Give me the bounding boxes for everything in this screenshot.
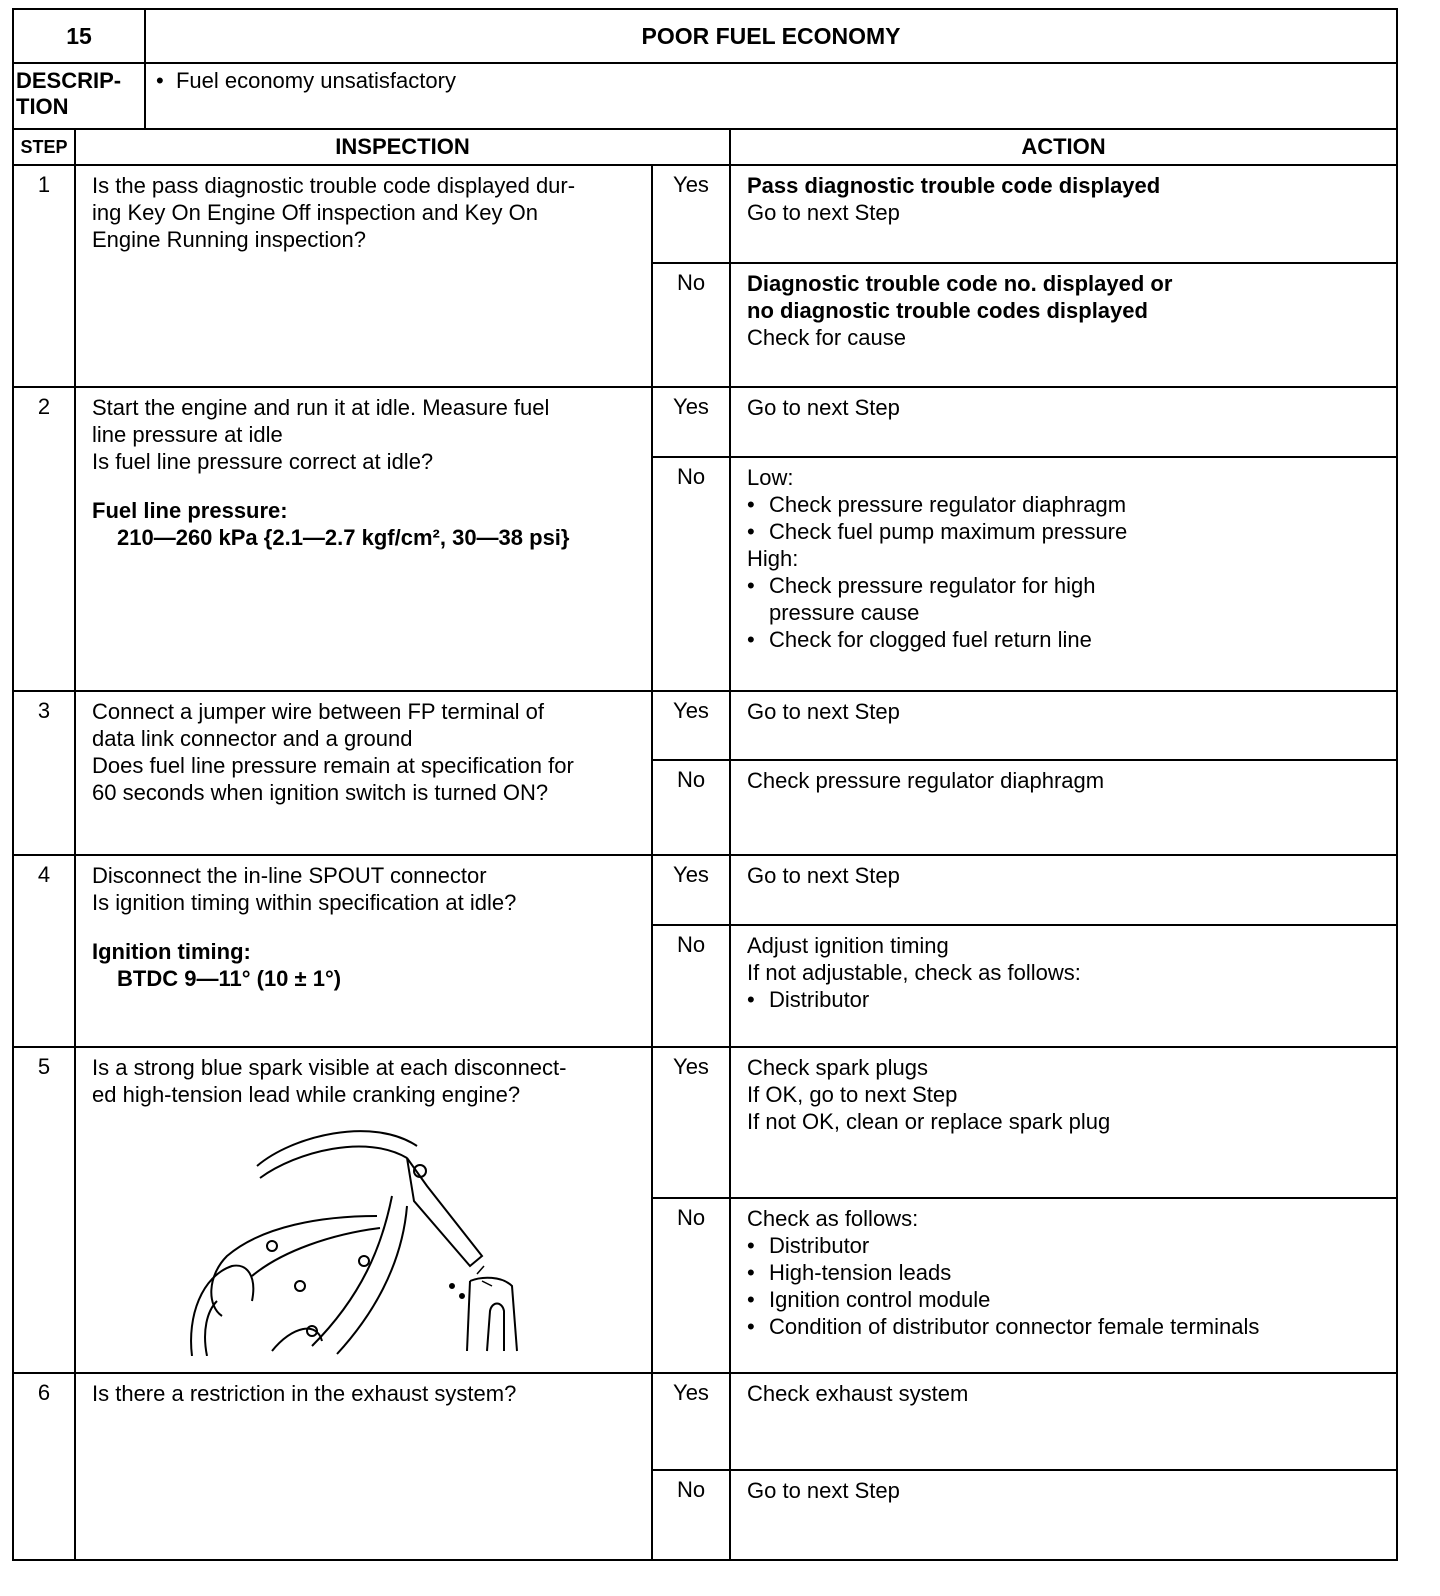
answer-yes: Yes bbox=[652, 691, 730, 760]
answer-no: No bbox=[652, 457, 730, 691]
answer-yes: Yes bbox=[652, 855, 730, 925]
step-6-yes-row: 6 Is there a restriction in the exhaust … bbox=[13, 1373, 1397, 1470]
step-4-yes-action: Go to next Step bbox=[730, 855, 1397, 925]
title-row: 15 POOR FUEL ECONOMY bbox=[13, 9, 1397, 63]
step-1-yes-row: 1 Is the pass diagnostic trouble code di… bbox=[13, 165, 1397, 263]
step-number: 5 bbox=[13, 1047, 75, 1373]
column-header-row: STEP INSPECTION ACTION bbox=[13, 129, 1397, 165]
step-1-inspection: Is the pass diagnostic trouble code disp… bbox=[75, 165, 652, 387]
column-step: STEP bbox=[13, 129, 75, 165]
step-number: 3 bbox=[13, 691, 75, 855]
answer-yes: Yes bbox=[652, 1373, 730, 1470]
step-4-yes-row: 4 Disconnect the in-line SPOUT connector… bbox=[13, 855, 1397, 925]
diagnostic-table: 15 POOR FUEL ECONOMY DESCRIP-TION • Fuel… bbox=[12, 8, 1398, 1561]
step-3-no-action: Check pressure regulator diaphragm bbox=[730, 760, 1397, 855]
answer-no: No bbox=[652, 925, 730, 1047]
description-label: DESCRIP-TION bbox=[13, 63, 145, 129]
step-2-no-action: Low: Check pressure regulator diaphragm … bbox=[730, 457, 1397, 691]
step-number: 2 bbox=[13, 387, 75, 691]
step-2-inspection: Start the engine and run it at idle. Mea… bbox=[75, 387, 652, 691]
answer-no: No bbox=[652, 1470, 730, 1560]
column-action: ACTION bbox=[730, 129, 1397, 165]
step-number: 1 bbox=[13, 165, 75, 387]
step-6-yes-action: Check exhaust system bbox=[730, 1373, 1397, 1470]
step-3-inspection: Connect a jumper wire between FP termina… bbox=[75, 691, 652, 855]
description-text: • Fuel economy unsatisfactory bbox=[145, 63, 1397, 129]
step-3-yes-action: Go to next Step bbox=[730, 691, 1397, 760]
answer-yes: Yes bbox=[652, 165, 730, 263]
step-2-yes-action: Go to next Step bbox=[730, 387, 1397, 457]
answer-no: No bbox=[652, 263, 730, 387]
step-2-yes-row: 2 Start the engine and run it at idle. M… bbox=[13, 387, 1397, 457]
bullet-icon: • bbox=[156, 68, 176, 93]
column-inspection: INSPECTION bbox=[75, 129, 730, 165]
step-5-inspection: Is a strong blue spark visible at each d… bbox=[75, 1047, 652, 1373]
troubleshooting-page: 15 POOR FUEL ECONOMY DESCRIP-TION • Fuel… bbox=[12, 8, 1396, 1561]
answer-yes: Yes bbox=[652, 1047, 730, 1198]
step-4-inspection: Disconnect the in-line SPOUT connector I… bbox=[75, 855, 652, 1047]
step-3-yes-row: 3 Connect a jumper wire between FP termi… bbox=[13, 691, 1397, 760]
step-5-yes-action: Check spark plugs If OK, go to next Step… bbox=[730, 1047, 1397, 1198]
step-1-no-action: Diagnostic trouble code no. displayed or… bbox=[730, 263, 1397, 387]
step-5-no-action: Check as follows: Distributor High-tensi… bbox=[730, 1198, 1397, 1373]
step-number: 4 bbox=[13, 855, 75, 1047]
answer-no: No bbox=[652, 1198, 730, 1373]
spec-label: Fuel line pressure: bbox=[92, 497, 635, 524]
description-row: DESCRIP-TION • Fuel economy unsatisfacto… bbox=[13, 63, 1397, 129]
procedure-title: POOR FUEL ECONOMY bbox=[145, 9, 1397, 63]
spec-value: 210—260 kPa {2.1—2.7 kgf/cm², 30—38 psi} bbox=[92, 524, 635, 551]
answer-no: No bbox=[652, 760, 730, 855]
answer-yes: Yes bbox=[652, 387, 730, 457]
step-6-inspection: Is there a restriction in the exhaust sy… bbox=[75, 1373, 652, 1560]
spec-value: BTDC 9—11° (10 ± 1°) bbox=[92, 965, 635, 992]
step-6-no-action: Go to next Step bbox=[730, 1470, 1397, 1560]
step-number: 6 bbox=[13, 1373, 75, 1560]
step-4-no-action: Adjust ignition timing If not adjustable… bbox=[730, 925, 1397, 1047]
spec-label: Ignition timing: bbox=[92, 938, 635, 965]
spark-test-illustration bbox=[152, 1116, 532, 1356]
step-5-yes-row: 5 Is a strong blue spark visible at each… bbox=[13, 1047, 1397, 1198]
step-1-yes-action: Pass diagnostic trouble code displayed G… bbox=[730, 165, 1397, 263]
procedure-number: 15 bbox=[13, 9, 145, 63]
